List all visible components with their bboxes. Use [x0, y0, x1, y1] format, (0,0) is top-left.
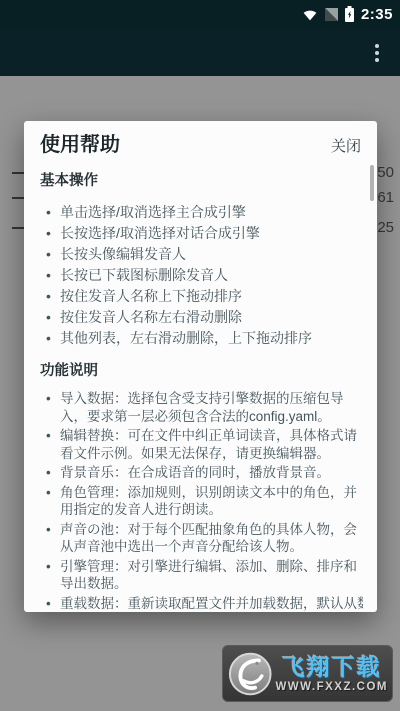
dialog-header: 使用帮助 关闭 — [40, 133, 363, 158]
status-bar: 2:35 — [0, 0, 400, 28]
watermark-badge: 飞翔下载 WWW.FXXZ.COM — [222, 645, 393, 702]
fxxz-logo-icon — [227, 650, 273, 698]
watermark-title: 飞翔下载 — [282, 654, 382, 680]
clock-text: 2:35 — [361, 6, 393, 23]
help-dialog: 使用帮助 关闭 基本操作 单击选择/取消选择主合成引擎 长按选择/取消选择对话合… — [24, 121, 377, 612]
list-item: 背景音乐：在合成语音的同时，播放背景音。 — [40, 464, 363, 482]
section-heading-basic-operations: 基本操作 — [40, 172, 363, 190]
dialog-title: 使用帮助 — [40, 133, 120, 157]
dialog-scrollbar[interactable] — [370, 165, 374, 201]
list-item: 长按已下载图标删除发音人 — [40, 266, 363, 285]
phone-screen: 2:35 语速:50 61 25 — [0, 0, 400, 711]
list-item: 导入数据：选择包含受支持引擎数据的压缩包导入，要求第一层必须包含合法的confi… — [40, 390, 363, 425]
list-item: 角色管理：添加规则，识别朗读文本中的角色，并用指定的发音人进行朗读。 — [40, 484, 363, 519]
list-item: 按住发音人名称左右滑动删除 — [40, 308, 363, 327]
list-item: 声音の池：对于每个匹配抽象角色的具体人物，会从声音池中选出一个声音分配给该人物。 — [40, 521, 363, 556]
close-button[interactable]: 关闭 — [329, 133, 363, 158]
cellular-signal-icon — [325, 8, 338, 21]
section-heading-features: 功能说明 — [40, 362, 363, 380]
wifi-icon — [302, 8, 318, 21]
list-item: 引擎管理：对引擎进行编辑、添加、删除、排序和导出数据。 — [40, 558, 363, 593]
watermark-url: WWW.FXXZ.COM — [275, 680, 388, 694]
list-item: 单击选择/取消选择主合成引擎 — [40, 203, 363, 222]
features-list: 导入数据：选择包含受支持引擎数据的压缩包导入，要求第一层必须包含合法的confi… — [40, 390, 363, 612]
app-bar — [0, 28, 400, 76]
list-item: 按住发音人名称上下拖动排序 — [40, 287, 363, 306]
list-item: 长按选择/取消选择对话合成引擎 — [40, 224, 363, 243]
list-item: 其他列表，左右滑动删除，上下拖动排序 — [40, 329, 363, 348]
basic-operations-list: 单击选择/取消选择主合成引擎 长按选择/取消选择对话合成引擎 长按头像编辑发音人… — [40, 203, 363, 348]
watermark-text: 飞翔下载 WWW.FXXZ.COM — [275, 654, 388, 694]
list-item: 编辑替换：可在文件中纠正单词读音，具体格式请看文件示例。如果无法保存，请更换编辑… — [40, 427, 363, 462]
list-item: 长按头像编辑发音人 — [40, 245, 363, 264]
overflow-menu-icon[interactable] — [368, 42, 386, 64]
list-item: 重载数据：重新读取配置文件并加载数据，默认从数据 — [40, 595, 363, 613]
battery-icon — [345, 6, 354, 22]
